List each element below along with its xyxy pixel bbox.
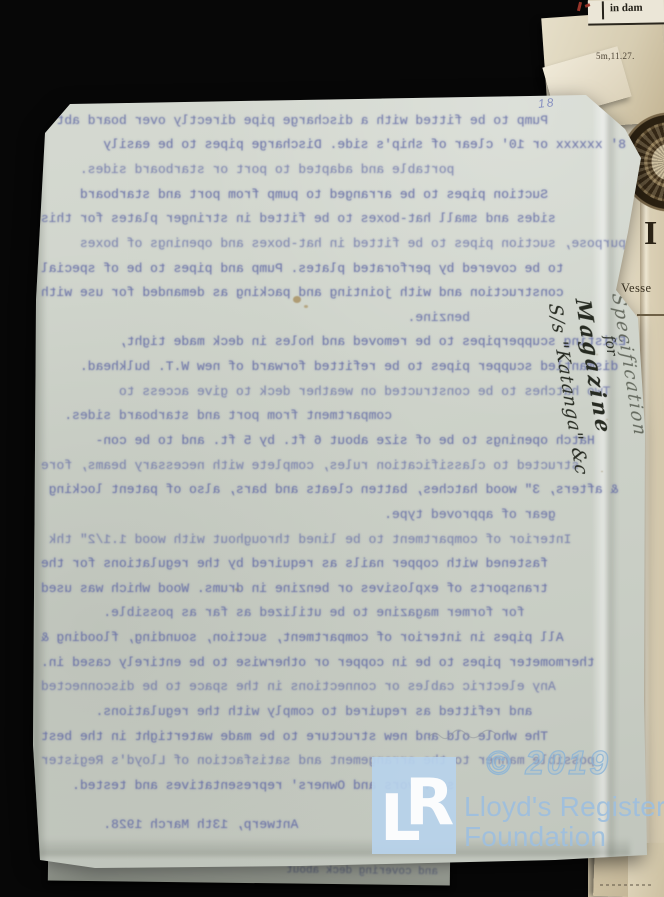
typed-line: for former magazine to be utilized as fa… bbox=[36, 601, 626, 626]
typed-line: Pump to be fitted with a discharge pipe … bbox=[36, 109, 626, 134]
typed-line: fastened with copper nails as required b… bbox=[36, 552, 626, 577]
typed-line: construction and with jointing and packi… bbox=[36, 281, 626, 306]
typed-line: transports of explosives or benzine in d… bbox=[36, 577, 626, 602]
page-number: - 2 - bbox=[64, 48, 654, 73]
pencil-scribble bbox=[426, 726, 500, 744]
typed-line: structed to classification rules, comple… bbox=[36, 454, 626, 479]
document-page-wrap: - 2 - Pump to be fitted with a discharge… bbox=[0, 0, 664, 897]
typed-line: and refitted as required to comply with … bbox=[36, 700, 626, 725]
typed-line: possible manner to the arrangement and s… bbox=[36, 749, 626, 774]
typed-line: All pipes in interior of compartment, su… bbox=[36, 626, 626, 651]
typed-line: 8' xxxxxx or 10' clear of ship's side. D… bbox=[36, 133, 626, 158]
typed-line: surveyors and Owners' representatives an… bbox=[36, 774, 626, 799]
typed-line: Suction pipes to be arranged to pump fro… bbox=[36, 183, 626, 208]
typed-line: portable and adapted to port or starboar… bbox=[36, 158, 626, 183]
typed-lines: Pump to be fitted with a discharge pipe … bbox=[36, 109, 626, 799]
dateline: Antwerp, 13th March 1928. bbox=[36, 813, 626, 838]
typed-line: to be covered by perforated plates. Pump… bbox=[36, 257, 626, 282]
typed-line: & afters, 3" wood hatches, batten cleats… bbox=[36, 478, 626, 503]
typed-line: compartment from port and starboard side… bbox=[36, 404, 626, 429]
typed-line: Existing scupperpipes to be removed and … bbox=[36, 330, 626, 355]
typed-line: sides and small hat-boxes to be fitted i… bbox=[36, 207, 626, 232]
typed-line: thermometer pipes to be in copper or oth… bbox=[36, 651, 626, 676]
typed-line: Hatch openings to be of size about 6 ft.… bbox=[36, 429, 626, 454]
typed-line: dismantled scupper pipes to be refitted … bbox=[36, 355, 626, 380]
typed-line: purpose, suction pipes to be fitted in h… bbox=[36, 232, 626, 257]
typed-line: Interior of compartment to be lined thro… bbox=[36, 528, 626, 553]
typed-line: Two hatches to be constructed on weather… bbox=[36, 380, 626, 405]
typed-line: The whole old and new structure to be ma… bbox=[36, 725, 626, 750]
typed-line: benzine. bbox=[36, 306, 626, 331]
crease bbox=[40, 838, 630, 856]
typed-text: - 2 - Pump to be fitted with a discharge… bbox=[36, 48, 626, 837]
blue-number-stamp: 18 bbox=[537, 95, 556, 111]
photo-canvas: I Vesse 5m,11.27. in dam and covering de… bbox=[0, 0, 664, 897]
typed-line: Any electric cables or connections in th… bbox=[36, 675, 626, 700]
document-page: - 2 - Pump to be fitted with a discharge… bbox=[0, 0, 664, 897]
typed-line: gear of approved type. bbox=[36, 503, 626, 528]
